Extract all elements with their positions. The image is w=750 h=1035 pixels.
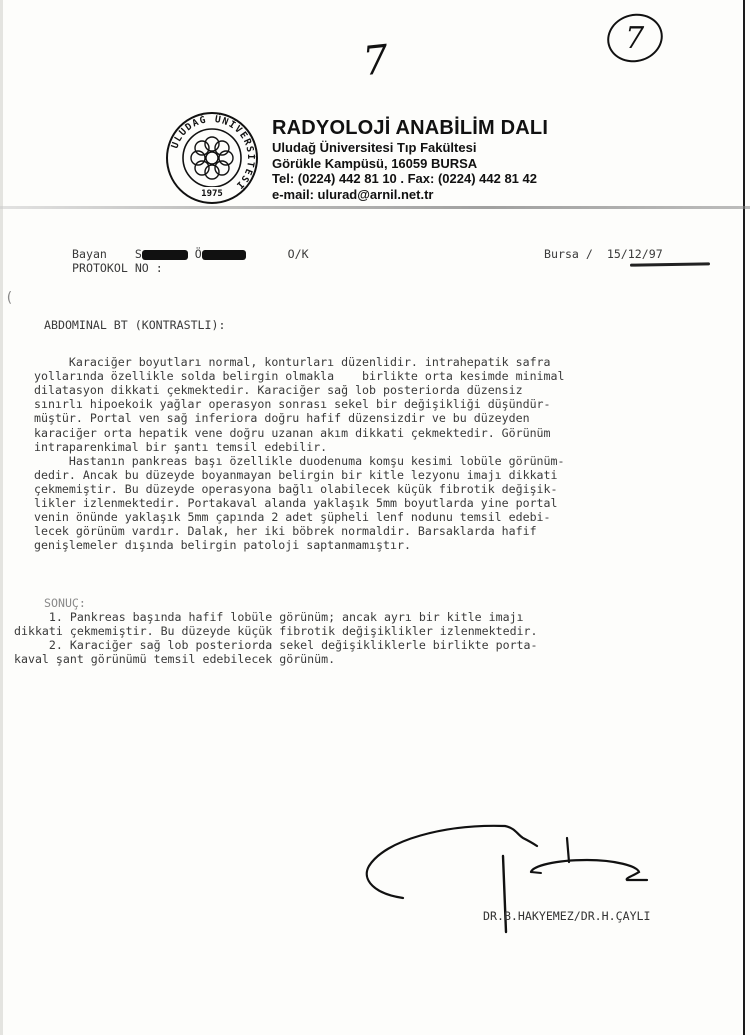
email-line: e-mail: ulurad@arnil.net.tr — [272, 187, 548, 203]
findings-line: müştür. Portal ven sağ inferiora doğru h… — [34, 411, 530, 425]
findings-line: intraparenkimal bir şantı temsil edebili… — [34, 440, 327, 454]
address-line: Görükle Kampüsü, 16059 BURSA — [272, 156, 548, 172]
exam-title: ABDOMINAL BT (KONTRASTLI): — [44, 318, 225, 332]
findings-line: likler izlenmektedir. Portakaval alanda … — [34, 496, 558, 510]
conclusion-line: kaval şant görünümü temsil edebilecek gö… — [14, 652, 335, 666]
conclusion-line: dikkati çekmemiştir. Bu düzeyde küçük fi… — [14, 624, 538, 638]
findings-line: sınırlı hipoekoik yağlar operasyon sonra… — [34, 397, 551, 411]
findings-line: lecek görünüm vardır. Dalak, her iki böb… — [34, 524, 537, 538]
place-date: Bursa / 15/12/97 — [544, 247, 663, 261]
letterhead: RADYOLOJİ ANABİLİM DALI Uludağ Üniversit… — [272, 116, 548, 202]
circled-page-number: 7 — [602, 8, 668, 68]
conclusion-line: 2. Karaciğer sağ lob posteriorda sekel d… — [14, 638, 538, 652]
handwritten-page-number: 7 — [361, 37, 391, 85]
scan-left-edge — [0, 0, 3, 1035]
phone-fax-line: Tel: (0224) 442 81 10 . Fax: (0224) 442 … — [272, 171, 548, 187]
conclusion-title: SONUÇ: — [44, 596, 86, 610]
faculty-line: Uludağ Üniversitesi Tıp Fakültesi — [272, 140, 548, 156]
redacted-first-name — [142, 250, 188, 260]
signatory-names: DR.B.HAKYEMEZ/DR.H.ÇAYLI — [483, 909, 651, 923]
stray-mark: ( — [5, 290, 13, 306]
protocol-label: PROTOKOL NO : — [72, 261, 163, 275]
findings-line: yollarında özellikle solda belirgin olma… — [34, 369, 564, 383]
protocol-line: PROTOKOL NO : — [72, 261, 170, 275]
department-title: RADYOLOJİ ANABİLİM DALI — [272, 116, 548, 140]
patient-name-initial-2: Ö — [195, 247, 202, 261]
findings-line: dedir. Ancak bu düzeyde boyanmayan belir… — [34, 468, 558, 482]
university-seal-logo: ULUDAĞ ÜNİVERSİTESİ 1975 — [165, 111, 259, 205]
findings-line: dilatasyon dikkati çekmektedir. Karaciğe… — [34, 383, 523, 397]
findings-line: karaciğer orta hepatik vene doğru uzanan… — [34, 426, 551, 440]
date-underline-mark — [630, 262, 710, 266]
findings-line: venin önünde yaklaşık 5mm çapında 2 adet… — [34, 510, 551, 524]
conclusion-line: 1. Pankreas başında hafif lobüle görünüm… — [14, 610, 524, 624]
city-label: Bursa / — [544, 247, 593, 261]
redacted-last-name — [202, 250, 246, 260]
findings-line: çekmemiştir. Bu düzeyde operasyona bağlı… — [34, 482, 558, 496]
scan-right-edge — [743, 0, 745, 1035]
radiology-report-page: 7 7 ULUDAĞ ÜNİVERSİTESİ 1975 RADYOLOJİ A… — [0, 0, 750, 1035]
seal-year: 1975 — [201, 189, 223, 199]
findings-line: Hastanın pankreas başı özellikle duodenu… — [34, 454, 564, 468]
patient-name-initial-1: S — [135, 247, 142, 261]
letterhead-divider — [0, 206, 750, 209]
report-date: 15/12/97 — [607, 247, 663, 261]
salutation: Bayan — [72, 247, 107, 261]
findings-line: Karaciğer boyutları normal, konturları d… — [34, 355, 551, 369]
patient-line: Bayan S Ö O/K — [72, 247, 309, 261]
patient-status: O/K — [288, 247, 309, 261]
findings-line: genişlemeler dışında belirgin patoloji s… — [34, 538, 411, 552]
circled-page-number-text: 7 — [625, 21, 644, 56]
